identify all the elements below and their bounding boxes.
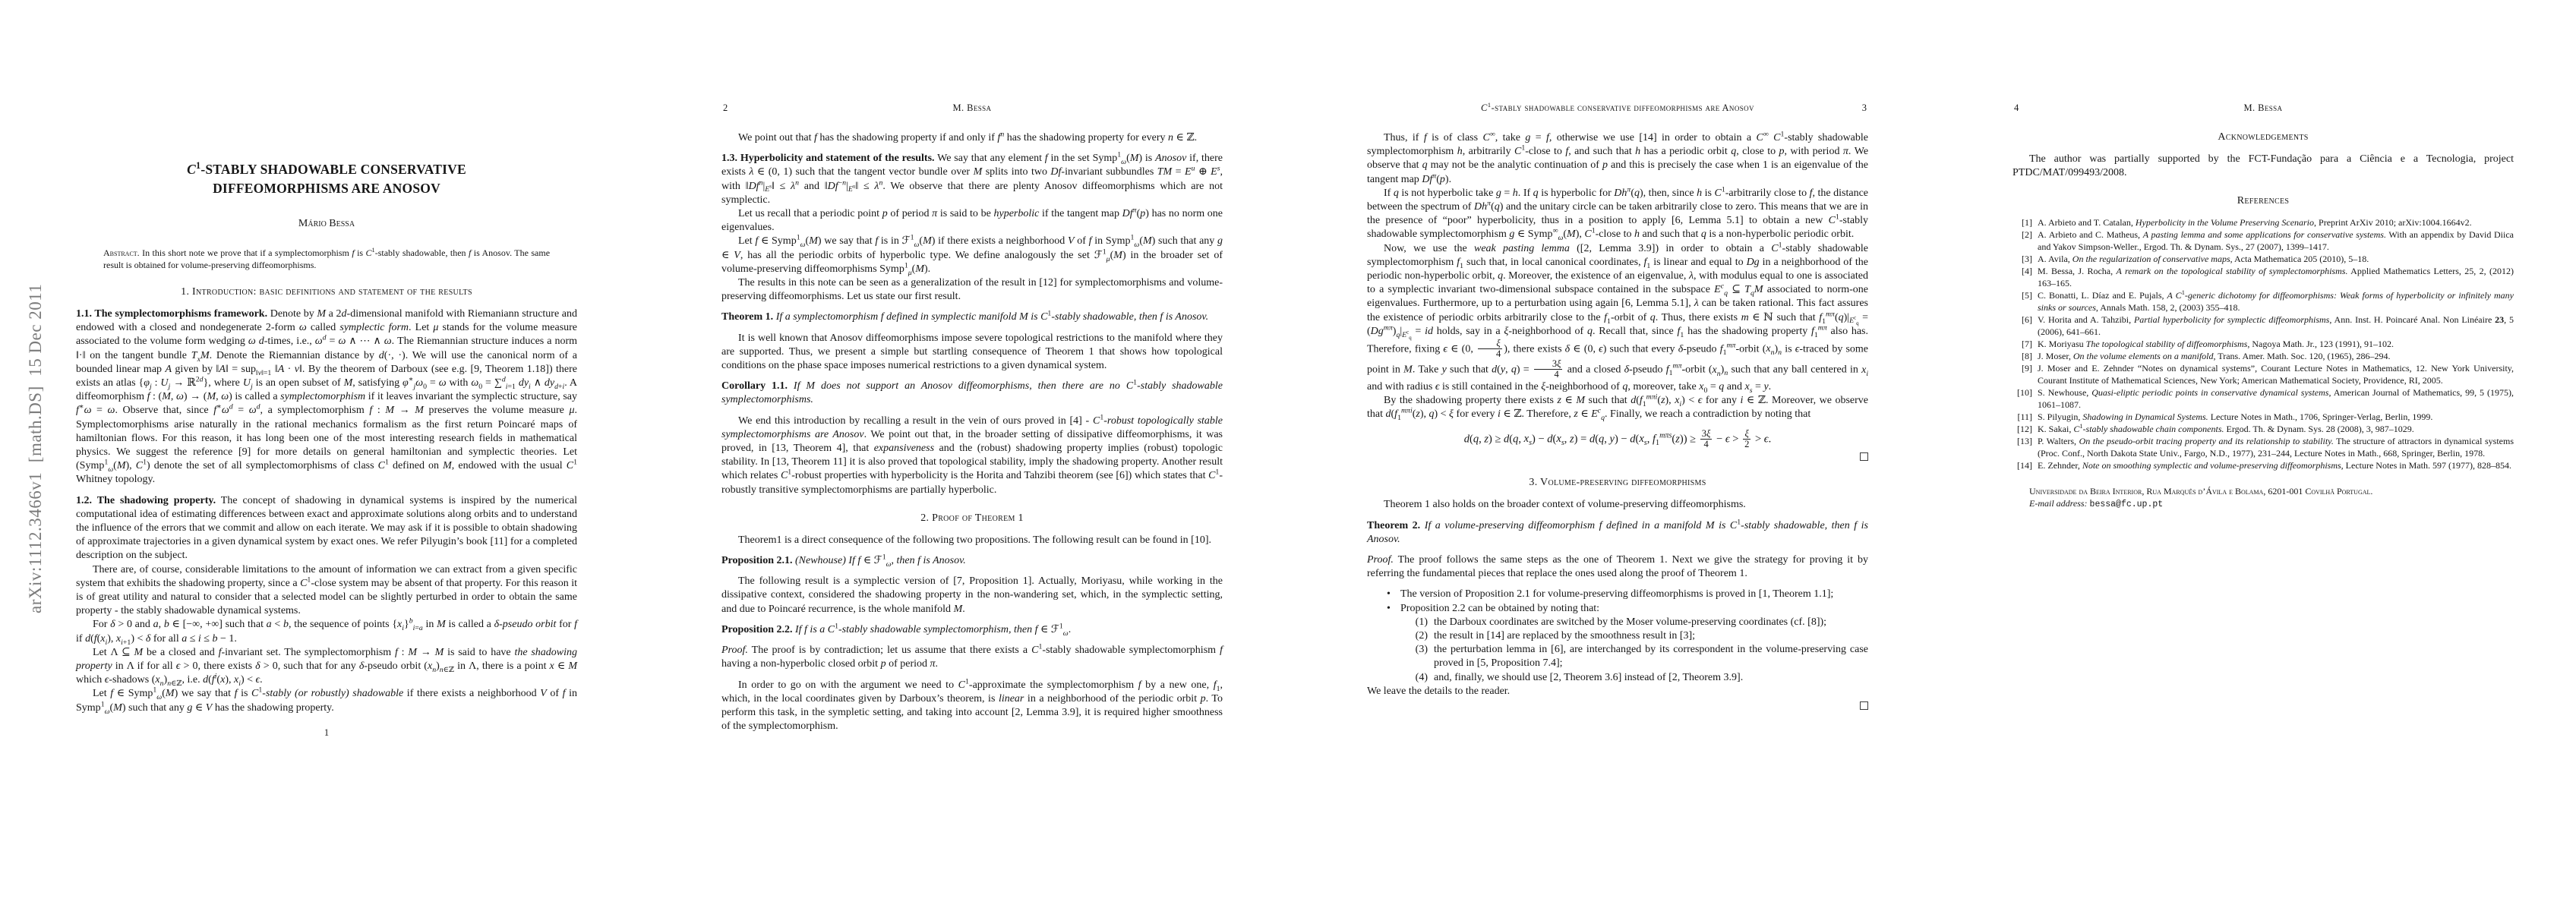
email-label: E-mail address:	[2029, 498, 2088, 509]
qed-box-icon	[1860, 701, 1868, 710]
qed-box-icon	[1860, 452, 1868, 461]
acknowledgements-heading: Acknowledgements	[2012, 131, 2514, 143]
author-address: Universidade da Beira Interior, Rua Marq…	[2012, 485, 2514, 497]
corollary-1-1: Corollary 1.1. If M does not support an …	[721, 380, 1223, 407]
page-3: C1-stably shadowable conservative diffeo…	[1367, 102, 1868, 711]
page-3-number: 3	[1862, 102, 1867, 114]
p1-paragraph-stably-shadowable: Let f ∈ Symp1ω(M) we say that f is C1-st…	[76, 687, 577, 714]
section-2-heading: 2. Proof of Theorem 1	[721, 512, 1223, 525]
numbered-item-2: (2)the result in [14] are replaced by th…	[1367, 629, 1868, 643]
subsection-1-2: 1.2. The shadowing property. The concept…	[76, 494, 577, 563]
p2-paragraph-moriyasu: The following result is a symplectic ver…	[721, 575, 1223, 616]
p1-paragraph-pseudo-orbit: For δ > 0 and a, b ∈ [−∞, +∞] such that …	[76, 618, 577, 645]
paper-title: C1-STABLY SHADOWABLE CONSERVATIVE DIFFEO…	[76, 160, 577, 198]
reference-14: [14]E. Zehnder, Note on smoothing symple…	[2012, 459, 2514, 471]
proof-1-qed	[1367, 451, 1868, 462]
reference-8: [8]J. Moser, On the volume elements on a…	[2012, 350, 2514, 362]
p3-paragraph-contradiction: By the shadowing property there exists z…	[1367, 394, 1868, 421]
p2-paragraph-anosov-restrictions: It is well known that Anosov diffeomorph…	[721, 332, 1223, 374]
reference-4: [4]M. Bessa, J. Rocha, A remark on the t…	[2012, 265, 2514, 289]
p2-paragraph-generalization: The results in this note can be seen as …	[721, 276, 1223, 304]
proposition-2-1: Proposition 2.1. (Newhouse) If f ∈ ℱ1ω, …	[721, 554, 1223, 568]
page-4-body: Acknowledgements The author was partiall…	[2012, 131, 2514, 511]
page-2-body: We point out that f has the shadowing pr…	[721, 131, 1223, 733]
proof-2-qed	[1367, 700, 1868, 711]
p2-paragraph-related-results: We end this introduction by recalling a …	[721, 415, 1223, 497]
page-1: C1-STABLY SHADOWABLE CONSERVATIVE DIFFEO…	[76, 102, 577, 739]
reference-5: [5]C. Bonatti, L. Díaz and E. Pujals, A …	[2012, 289, 2514, 314]
section-1-heading: 1. Introduction: basic definitions and s…	[76, 286, 577, 298]
acknowledgements-text: The author was partially supported by th…	[2012, 153, 2514, 180]
p1-paragraph-shadowing-definition: Let Λ ⊆ M be a closed and f-invariant se…	[76, 646, 577, 688]
paper-title-line1: C1-STABLY SHADOWABLE CONSERVATIVE	[76, 160, 577, 179]
reference-13: [13]P. Walters, On the pseudo-orbit trac…	[2012, 435, 2514, 459]
abstract-label: Abstract.	[103, 247, 140, 258]
reference-12: [12]K. Sakai, C1-stably shadowable chain…	[2012, 423, 2514, 435]
arxiv-stamp: arXiv:1112.3466v1 [math.DS] 15 Dec 2011	[26, 241, 46, 613]
author-name: Mário Bessa	[76, 218, 577, 230]
reference-7: [7]K. Moriyasu The topological stability…	[2012, 338, 2514, 350]
reference-1: [1]A. Arbieto and T. Catalan, Hyperbolic…	[2012, 216, 2514, 229]
bullet-item-1: •The version of Proposition 2.1 for volu…	[1367, 588, 1868, 601]
references-heading: References	[2012, 195, 2514, 207]
proposition-2-2: Proposition 2.2. If f is a C1-stably sha…	[721, 623, 1223, 637]
page-1-number: 1	[76, 727, 577, 739]
proof-proposition-2-2: Proof. The proof is by contradiction; le…	[721, 644, 1223, 671]
numbered-item-4: (4)and, finally, we should use [2, Theor…	[1367, 671, 1868, 685]
reference-6: [6]V. Horita and A. Tahzibi, Partial hyp…	[2012, 314, 2514, 338]
author-email-line: E-mail address: bessa@fc.up.pt	[2012, 497, 2514, 511]
page-2-number: 2	[723, 102, 728, 114]
p2-paragraph-consequence: Theorem1 is a direct consequence of the …	[721, 534, 1223, 547]
p2-paragraph-point-out: We point out that f has the shadowing pr…	[721, 131, 1223, 145]
p1-paragraph-limitations: There are, of course, considerable limit…	[76, 563, 577, 619]
page-2-running-head: 2 M. Bessa	[721, 102, 1223, 115]
p2-paragraph-periodic-point: Let us recall that a periodic point p of…	[721, 207, 1223, 235]
reference-11: [11]S. Pilyugin, Shadowing in Dynamical …	[2012, 411, 2514, 423]
bullet-icon: •	[1387, 602, 1400, 616]
reference-3: [3]A. Avila, On the regularization of co…	[2012, 253, 2514, 265]
reference-list: [1]A. Arbieto and T. Catalan, Hyperbolic…	[2012, 216, 2514, 471]
subsection-1-1: 1.1. The symplectomorphisms framework. D…	[76, 307, 577, 487]
subsection-1-3: 1.3. Hyperbolicity and statement of the …	[721, 152, 1223, 207]
page-2: 2 M. Bessa We point out that f has the s…	[721, 102, 1223, 733]
p3-paragraph-theorem1-broader: Theorem 1 also holds on the broader cont…	[1367, 498, 1868, 512]
email-address: bessa@fc.up.pt	[2090, 500, 2164, 509]
page-3-running-head: C1-stably shadowable conservative diffeo…	[1367, 102, 1868, 115]
running-head-author: M. Bessa	[2012, 102, 2514, 114]
paper-title-line2: DIFFEOMORPHISMS ARE ANOSOV	[76, 179, 577, 198]
running-head-title: C1-stably shadowable conservative diffeo…	[1367, 102, 1868, 114]
page-3-body: Thus, if f is of class C∞, take g = f, o…	[1367, 131, 1868, 711]
page-4-number: 4	[2014, 102, 2019, 114]
page-4-running-head: 4 M. Bessa	[2012, 102, 2514, 115]
theorem-2: Theorem 2. If a volume-preserving diffeo…	[1367, 519, 1868, 547]
running-head-author: M. Bessa	[721, 102, 1223, 114]
p2-paragraph-F-set: Let f ∈ Symp1ω(M) we say that f is in ℱ1…	[721, 235, 1223, 276]
reference-9: [9]J. Moser and E. Zehnder “Notes on dyn…	[2012, 362, 2514, 386]
display-equation: d(q, z) ≥ d(q, xs) − d(xs, z) = d(q, y) …	[1367, 429, 1868, 449]
numbered-item-1: (1)the Darboux coordinates are switched …	[1367, 616, 1868, 629]
p3-paragraph-details-reader: We leave the details to the reader.	[1367, 685, 1868, 698]
bullet-icon: •	[1387, 588, 1400, 601]
abstract-text: In this short note we prove that if a sy…	[103, 247, 550, 270]
reference-2: [2]A. Arbieto and C. Matheus, A pasting …	[2012, 229, 2514, 253]
reference-10: [10]S. Newhouse, Quasi-eliptic periodic …	[2012, 386, 2514, 411]
p2-paragraph-approximate: In order to go on with the argument we n…	[721, 679, 1223, 734]
p3-paragraph-poor-hyperbolicity: If q is not hyperbolic take g = h. If q …	[1367, 187, 1868, 242]
p3-paragraph-class-Cinfty: Thus, if f is of class C∞, take g = f, o…	[1367, 131, 1868, 187]
page-4: 4 M. Bessa Acknowledgements The author w…	[2012, 102, 2514, 511]
p3-paragraph-weak-pasting-lemma: Now, we use the weak pasting lemma ([2, …	[1367, 242, 1868, 394]
scanned-arxiv-paper: { "sidebar": { "stamp": "arXiv:1112.3466…	[0, 0, 2576, 911]
numbered-item-3: (3)the perturbation lemma in [6], are in…	[1367, 643, 1868, 670]
theorem-1: Theorem 1. If a symplectomorphism f defi…	[721, 310, 1223, 324]
proof-theorem-2: Proof. The proof follows the same steps …	[1367, 553, 1868, 581]
section-3-heading: 3. Volume-preserving diffeomorphisms	[1367, 477, 1868, 489]
abstract: Abstract. In this short note we prove th…	[103, 247, 550, 271]
bullet-item-2: •Proposition 2.2 can be obtained by noti…	[1367, 602, 1868, 616]
